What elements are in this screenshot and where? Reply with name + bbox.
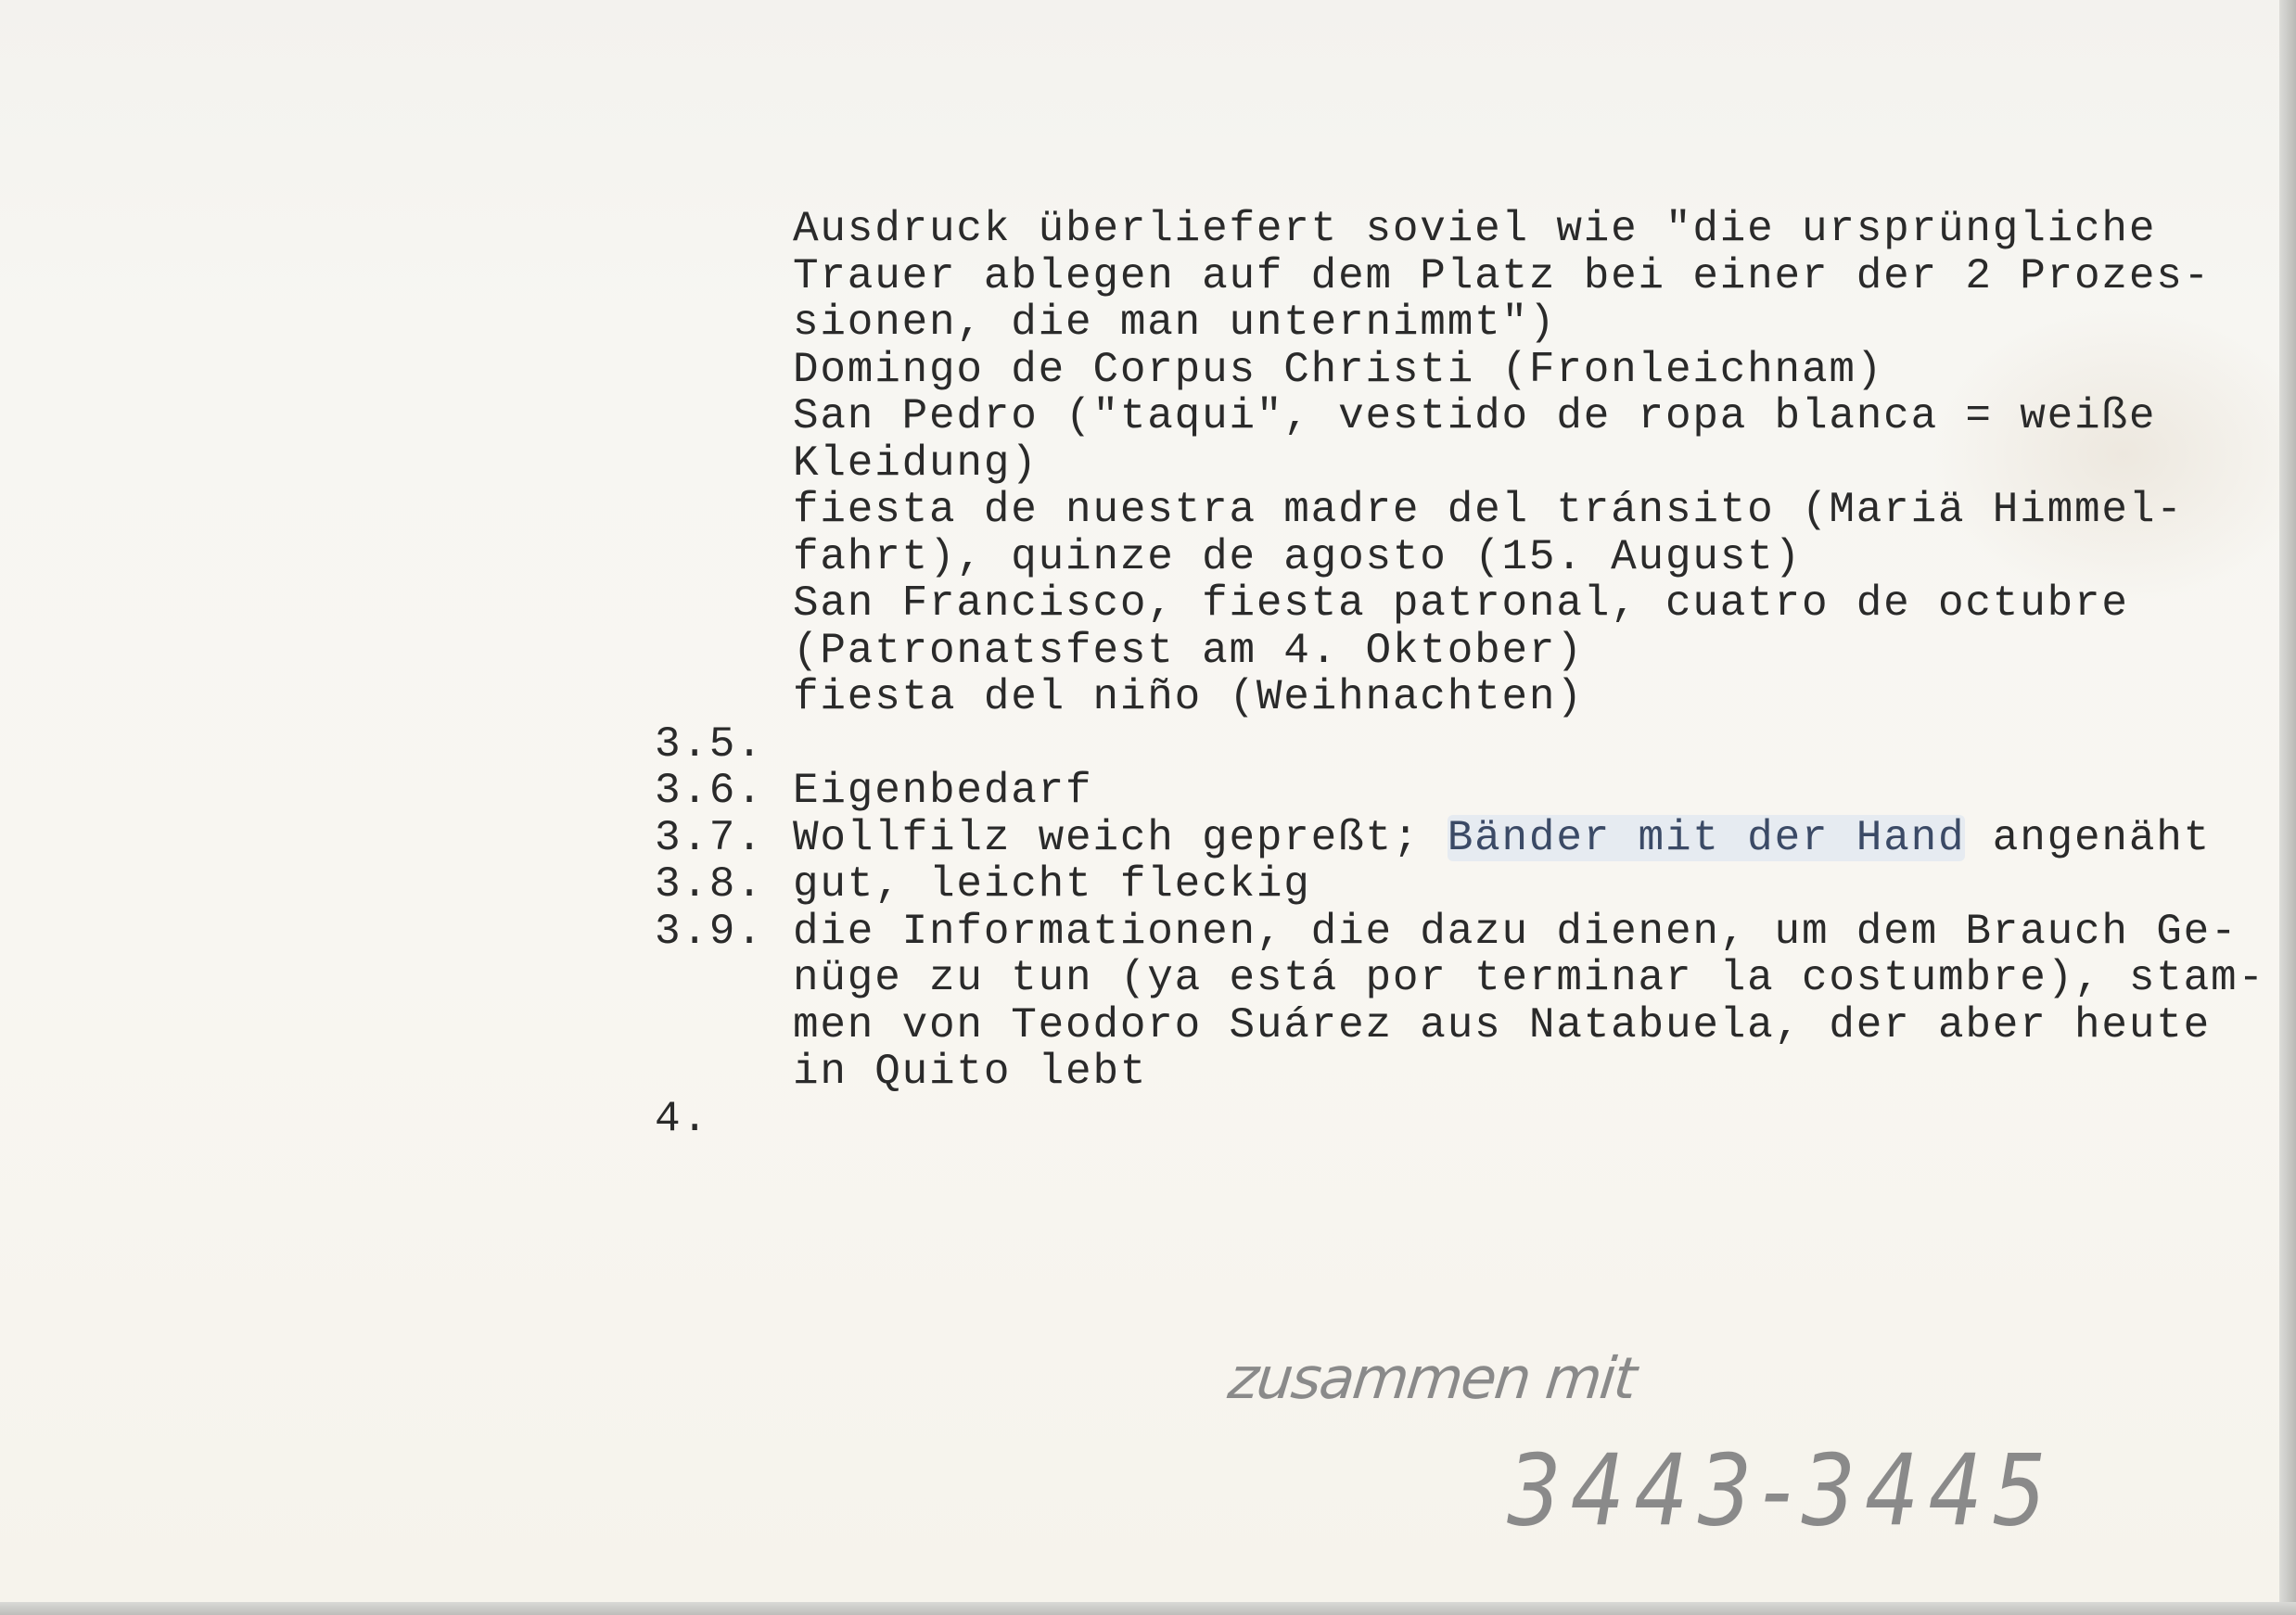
line-text: Domingo de Corpus Christi (Fronleichnam) [793,347,1883,394]
typed-line: (Patronatsfest am 4. Oktober) [655,628,2265,675]
typed-line: 3.9.die Informationen, die dazu dienen, … [655,909,2265,956]
typed-line: San Pedro ("taqui", vestido de ropa blan… [655,393,2265,440]
typed-line: fiesta de nuestra madre del tránsito (Ma… [655,487,2265,534]
item-number [655,253,793,300]
typed-line: men von Teodoro Suárez aus Natabuela, de… [655,1002,2265,1049]
card-edge-right [2279,0,2296,1615]
item-number: 4. [655,1096,793,1143]
item-number [655,299,793,347]
typed-line: 3.5. [655,721,2265,769]
line-text-continued: angenäht [1965,815,2211,862]
typed-line: Domingo de Corpus Christi (Fronleichnam) [655,347,2265,394]
typed-line: San Francisco, fiesta patronal, cuatro d… [655,580,2265,628]
line-text: in Quito lebt [793,1049,1147,1096]
typed-line: 3.8.gut, leicht fleckig [655,861,2265,909]
item-number [655,580,793,628]
line-text: San Pedro ("taqui", vestido de ropa blan… [793,393,2156,440]
item-number [655,534,793,581]
line-text: fiesta del niño (Weihnachten) [793,674,1584,721]
line-text: Ausdruck überliefert soviel wie "die urs… [793,206,2156,253]
typed-line: 3.6.Eigenbedarf [655,768,2265,815]
line-text: Trauer ablegen auf dem Platz bei einer d… [793,253,2211,300]
typed-line: fahrt), quinze de agosto (15. August) [655,534,2265,581]
line-text: fiesta de nuestra madre del tránsito (Ma… [793,487,2184,534]
item-number [655,955,793,1002]
line-text: San Francisco, fiesta patronal, cuatro d… [793,580,2129,628]
line-text: (Patronatsfest am 4. Oktober) [793,628,1584,675]
item-number [655,674,793,721]
typed-line: Ausdruck überliefert soviel wie "die urs… [655,206,2265,253]
item-number: 3.6. [655,768,793,815]
typed-line: in Quito lebt [655,1049,2265,1096]
line-text: Kleidung) [793,440,1039,488]
typed-line: nüge zu tun (ya está por terminar la cos… [655,955,2265,1002]
item-number: 3.8. [655,861,793,909]
typed-line: fiesta del niño (Weihnachten) [655,674,2265,721]
line-text: Wollfilz weich gepreßt; [793,815,1448,862]
line-text: fahrt), quinze de agosto (15. August) [793,534,1802,581]
line-text: gut, leicht fleckig [793,861,1311,909]
card-edge-bottom [0,1602,2296,1615]
line-text: die Informationen, die dazu dienen, um d… [793,909,2238,956]
corrected-text: Bänder mit der Hand [1448,815,1966,862]
typed-line: sionen, die man unternimmt") [655,299,2265,347]
line-text: men von Teodoro Suárez aus Natabuela, de… [793,1002,2211,1049]
item-number [655,1049,793,1096]
item-number [655,487,793,534]
line-text: sionen, die man unternimmt") [793,299,1556,347]
line-text: Eigenbedarf [793,768,1092,815]
item-number [655,1002,793,1049]
typed-text-block: Ausdruck überliefert soviel wie "die urs… [655,206,2265,1142]
item-number [655,206,793,253]
item-number [655,347,793,394]
item-number: 3.7. [655,815,793,862]
line-text: nüge zu tun (ya está por terminar la cos… [793,955,2265,1002]
typed-line: 3.7.Wollfilz weich gepreßt; Bänder mit d… [655,815,2265,862]
item-number: 3.5. [655,721,793,769]
typed-line: Trauer ablegen auf dem Platz bei einer d… [655,253,2265,300]
typed-line: 4. [655,1096,2265,1143]
handwritten-note: zusammen mit [1225,1344,1639,1412]
item-number [655,393,793,440]
item-number [655,628,793,675]
typed-line: Kleidung) [655,440,2265,488]
handwritten-reference-number: 3443-3445 [1507,1434,2055,1548]
item-number [655,440,793,488]
item-number: 3.9. [655,909,793,956]
